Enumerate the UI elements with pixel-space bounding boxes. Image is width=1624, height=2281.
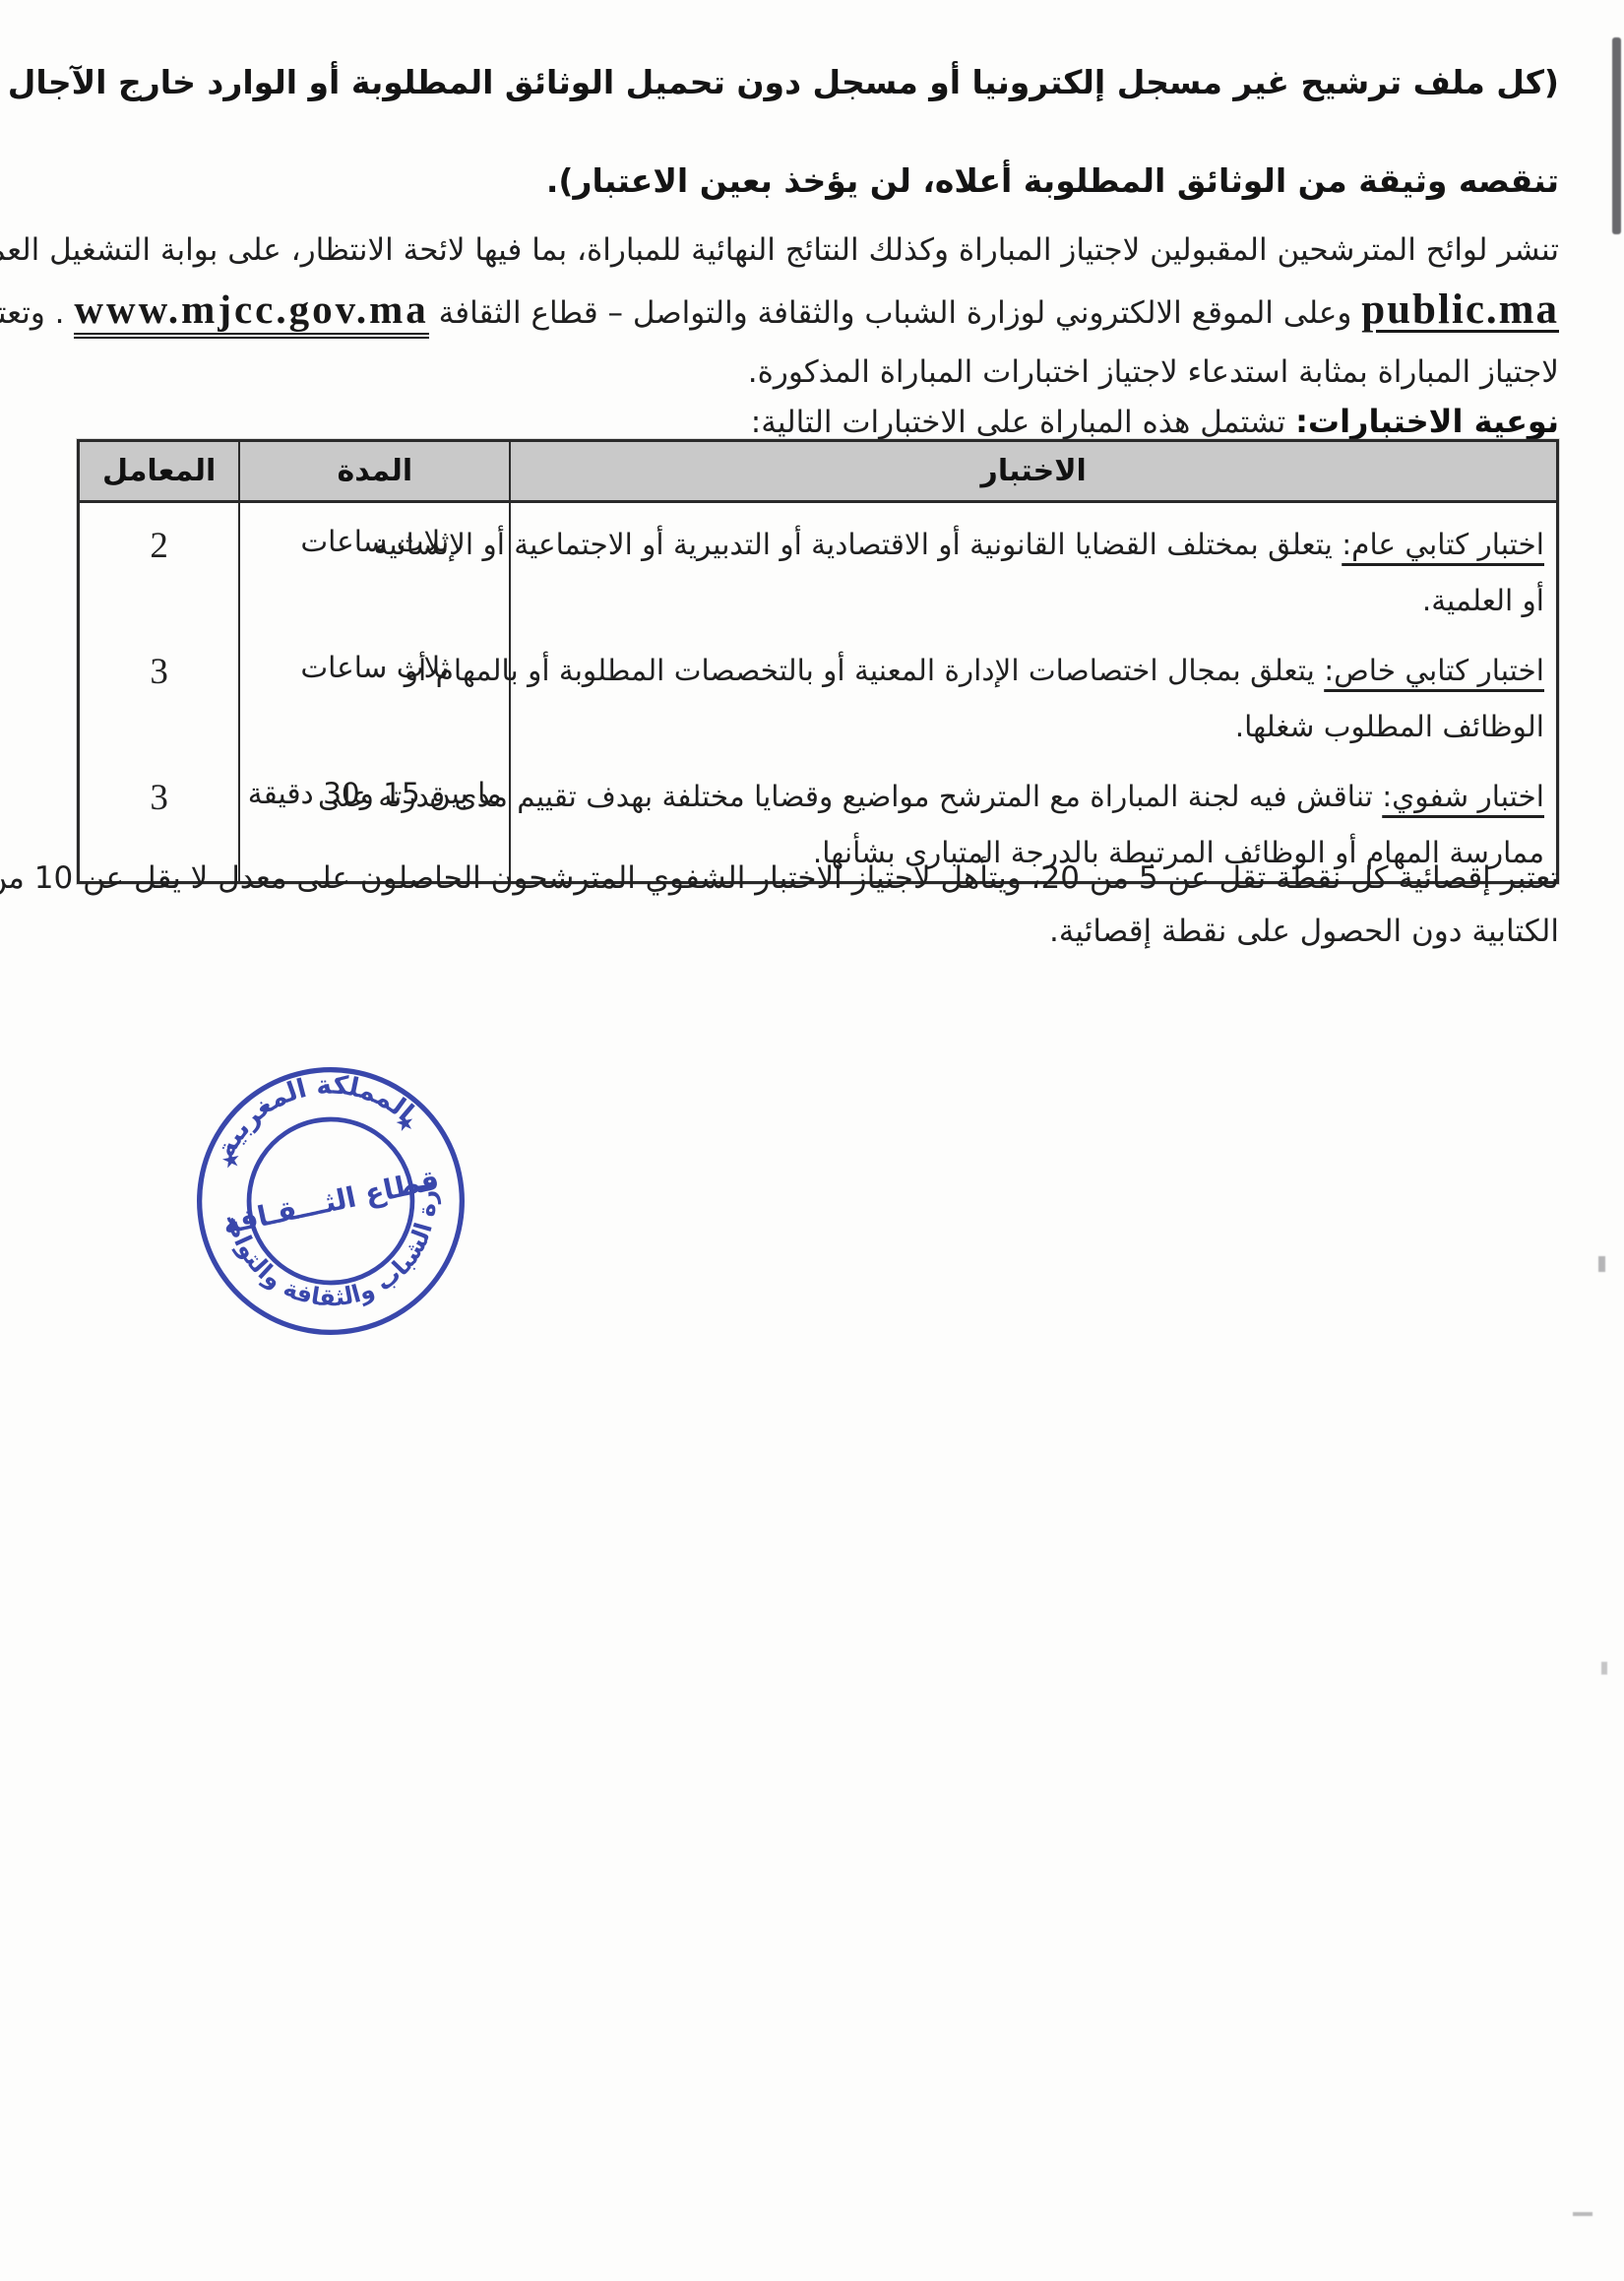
stamp-graphic: المملكة المغربية وزارة الشباب والثقافة و… [135, 1005, 528, 1398]
intro-line-2: تنقصه وثيقة من الوثائق المطلوبة أعلاه، ل… [77, 154, 1559, 209]
scoring-line-2: الكتابية دون الحصول على نقطة إقصائية. [77, 904, 1559, 959]
scan-artifact-dash [1573, 2212, 1593, 2216]
exam-lead: اختبار كتابي عام: [1342, 528, 1544, 561]
exam-types-heading-lead: نوعية الاختبارات: [1295, 403, 1559, 440]
publication-text: تنشر لوائح المترشحين المقبولين لاجتياز ا… [0, 232, 1559, 268]
table-row: اختبار كتابي عام: يتعلق بمختلف القضايا ا… [79, 502, 1558, 630]
exam-description-cell: اختبار كتابي عام: يتعلق بمختلف القضايا ا… [510, 502, 1557, 630]
coefficient-cell: 3 [79, 629, 240, 755]
exam-text: يتعلق بمجال اختصاصات الإدارة المعنية أو … [405, 654, 1315, 687]
scan-artifact-mark [1601, 1662, 1607, 1675]
exam-lead: اختبار شفوي: [1382, 780, 1544, 813]
intro-line-1: (كل ملف ترشيح غير مسجل إلكترونيا أو مسجل… [77, 55, 1559, 110]
table-header-row: الاختبار المدة المعامل [79, 441, 1558, 502]
scanned-document-page: { "intro": { "line1": "(كل ملف ترشيح غير… [0, 0, 1624, 2281]
exams-table: الاختبار المدة المعامل اختبار كتابي عام:… [77, 439, 1559, 884]
exam-description-cell: اختبار كتابي خاص: يتعلق بمجال اختصاصات ا… [510, 629, 1557, 755]
mjcc-url: www.mjcc.gov.ma [74, 286, 428, 339]
exam-text: يتعلق بمختلف القضايا القانونية أو الاقتص… [374, 528, 1333, 561]
exam-lead: اختبار كتابي خاص: [1324, 654, 1544, 687]
coefficient-cell: 2 [79, 502, 240, 630]
scan-artifact-mark [1598, 1256, 1605, 1272]
stamp-star-right-icon: ★ [393, 1109, 417, 1138]
table-row: اختبار كتابي خاص: يتعلق بمجال اختصاصات ا… [79, 629, 1558, 755]
publication-line-2: public.ma وعلى الموقع الالكتروني لوزارة … [77, 282, 1559, 341]
column-header-duration: المدة [239, 441, 510, 502]
column-header-coefficient: المعامل [79, 441, 240, 502]
ministry-stamp: المملكة المغربية وزارة الشباب والثقافة و… [135, 1005, 528, 1398]
publication-text: وعلى الموقع الالكتروني لوزارة الشباب وال… [439, 295, 1352, 331]
exam-text: أو العلمية. [521, 573, 1544, 629]
column-header-exam: الاختبار [510, 441, 1557, 502]
scan-artifact-streak [1612, 37, 1621, 234]
scoring-line-1: تعتبر إقصائية كل نقطة تقل عن 5 من 20، وي… [77, 851, 1559, 906]
exam-text: الوظائف المطلوب شغلها. [521, 699, 1544, 755]
publication-line-3: لاجتياز المباراة بمثابة استدعاء لاجتياز … [77, 345, 1559, 400]
exam-types-heading-rest: تشتمل هذه المباراة على الاختبارات التالي… [751, 405, 1285, 440]
emploi-url-part2: public.ma [1361, 286, 1559, 333]
publication-line-1: تنشر لوائح المترشحين المقبولين لاجتياز ا… [77, 221, 1559, 278]
publication-text: . وتعتبر لوائح المترشحين المقبولين [0, 295, 65, 331]
